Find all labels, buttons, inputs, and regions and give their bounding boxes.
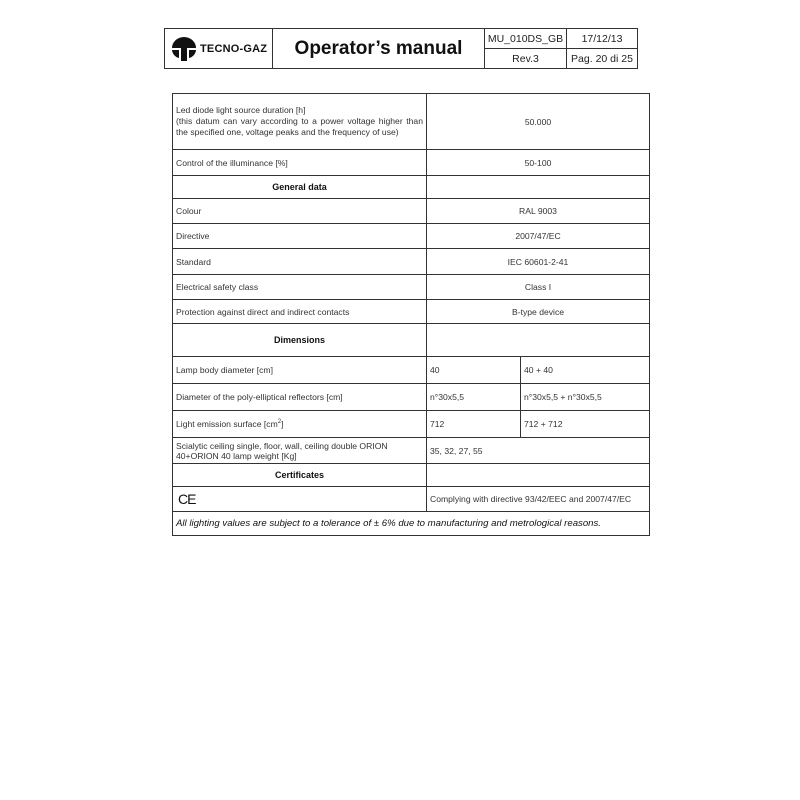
emission-surface-double: 712 + 712 xyxy=(521,411,650,438)
brand-name: TECNO-GAZ xyxy=(200,43,267,55)
empty-cell xyxy=(427,324,650,357)
general-data-heading: General data xyxy=(173,176,427,199)
protection-value: B-type device xyxy=(427,300,650,324)
safety-class-label: Electrical safety class xyxy=(173,275,427,300)
lamp-weight-value: 35, 32, 27, 55 xyxy=(427,438,650,464)
document-code: MU_010DS_GB xyxy=(485,29,567,49)
lamp-diameter-label: Lamp body diameter [cm] xyxy=(173,357,427,384)
table-row: Directive 2007/47/EC xyxy=(173,224,650,249)
lamp-diameter-double: 40 + 40 xyxy=(521,357,650,384)
illuminance-value: 50-100 xyxy=(427,150,650,176)
lamp-weight-label: Scialytic ceiling single, floor, wall, c… xyxy=(173,438,427,464)
led-duration-note: (this datum can vary according to a powe… xyxy=(176,116,423,138)
brand-logo: TECNO-GAZ xyxy=(165,29,273,68)
table-row: Standard IEC 60601-2-41 xyxy=(173,249,650,275)
note-row: All lighting values are subject to a tol… xyxy=(173,512,650,536)
reflector-diameter-label: Diameter of the poly-elliptical reflecto… xyxy=(173,384,427,411)
led-duration-value: 50.000 xyxy=(427,94,650,150)
table-row: Control of the illuminance [%] 50-100 xyxy=(173,150,650,176)
standard-value: IEC 60601-2-41 xyxy=(427,249,650,275)
document-header: TECNO-GAZ Operator’s manual MU_010DS_GB … xyxy=(164,28,638,69)
specifications-table: Led diode light source duration [h] (thi… xyxy=(172,93,650,536)
section-heading-row: Dimensions xyxy=(173,324,650,357)
table-row: CE Complying with directive 93/42/EEC an… xyxy=(173,487,650,512)
standard-label: Standard xyxy=(173,249,427,275)
colour-value: RAL 9003 xyxy=(427,199,650,224)
tolerance-note: All lighting values are subject to a tol… xyxy=(173,512,650,536)
emission-surface-single: 712 xyxy=(427,411,521,438)
emission-surface-text: Light emission surface [cm xyxy=(176,419,278,429)
empty-cell xyxy=(427,464,650,487)
led-duration-label: Led diode light source duration [h] (thi… xyxy=(173,94,427,150)
safety-class-value: Class I xyxy=(427,275,650,300)
table-row: Diameter of the poly-elliptical reflecto… xyxy=(173,384,650,411)
directive-label: Directive xyxy=(173,224,427,249)
document-title: Operator’s manual xyxy=(273,29,485,68)
ce-mark-icon: CE xyxy=(176,491,195,507)
empty-cell xyxy=(427,176,650,199)
section-heading-row: General data xyxy=(173,176,650,199)
bracket: ] xyxy=(281,419,283,429)
reflector-diameter-double: n°30x5,5 + n°30x5,5 xyxy=(521,384,650,411)
table-row: Scialytic ceiling single, floor, wall, c… xyxy=(173,438,650,464)
illuminance-label: Control of the illuminance [%] xyxy=(173,150,427,176)
protection-label: Protection against direct and indirect c… xyxy=(173,300,427,324)
reflector-diameter-single: n°30x5,5 xyxy=(427,384,521,411)
table-row: Protection against direct and indirect c… xyxy=(173,300,650,324)
tecno-gaz-logo-icon xyxy=(171,36,197,62)
section-heading-row: Certificates xyxy=(173,464,650,487)
colour-label: Colour xyxy=(173,199,427,224)
certificate-value: Complying with directive 93/42/EEC and 2… xyxy=(427,487,650,512)
page-number: Pag. 20 di 25 xyxy=(567,49,637,68)
table-row: Light emission surface [cm2] 712 712 + 7… xyxy=(173,411,650,438)
emission-surface-label: Light emission surface [cm2] xyxy=(173,411,427,438)
document-date: 17/12/13 xyxy=(567,29,637,49)
directive-value: 2007/47/EC xyxy=(427,224,650,249)
dimensions-heading: Dimensions xyxy=(173,324,427,357)
lamp-diameter-single: 40 xyxy=(427,357,521,384)
table-row: Colour RAL 9003 xyxy=(173,199,650,224)
document-revision: Rev.3 xyxy=(485,49,567,68)
led-duration-title: Led diode light source duration [h] xyxy=(176,105,423,116)
table-row: Lamp body diameter [cm] 40 40 + 40 xyxy=(173,357,650,384)
table-row: Led diode light source duration [h] (thi… xyxy=(173,94,650,150)
table-row: Electrical safety class Class I xyxy=(173,275,650,300)
certificates-heading: Certificates xyxy=(173,464,427,487)
ce-mark-cell: CE xyxy=(173,487,427,512)
